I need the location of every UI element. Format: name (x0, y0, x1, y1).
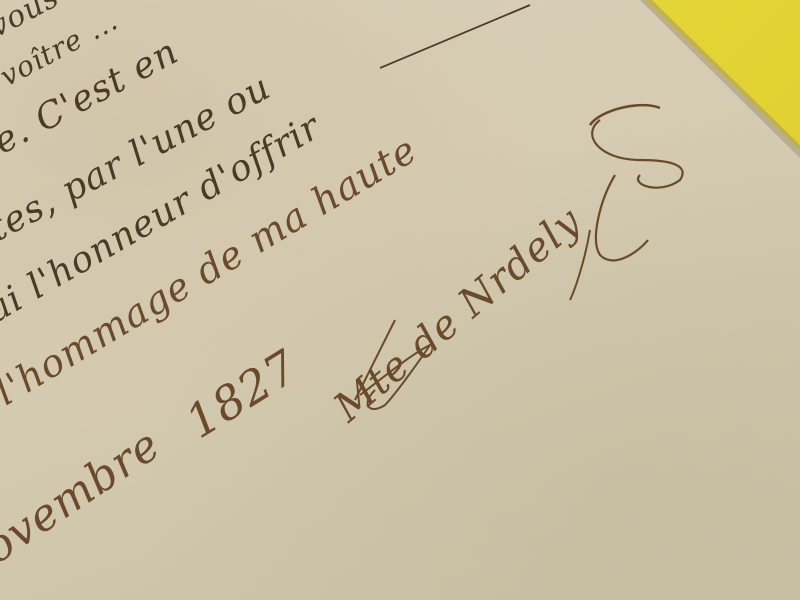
photo-scene: vous voître ... re. C'est en utes, par l… (0, 0, 800, 600)
signature-flourish (0, 0, 800, 600)
